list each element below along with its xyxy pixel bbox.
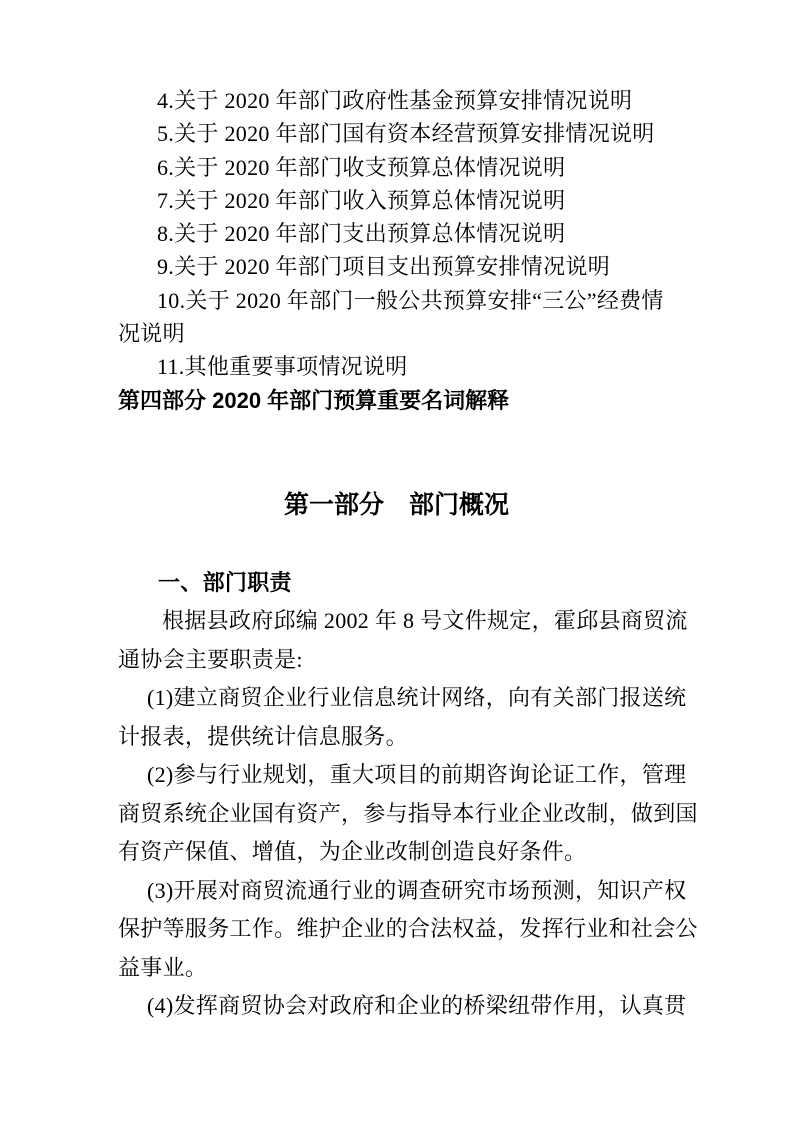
body-line: (3)开展对商贸流通行业的调查研究市场预测，知识产权 [118, 872, 693, 911]
body-line: 有资产保值、增值，为企业改制创造良好条件。 [118, 833, 693, 872]
body-line: (1)建立商贸企业行业信息统计网络，向有关部门报送统 [118, 679, 693, 718]
toc-item-5: 5.关于 2020 年部门国有资本经营预算安排情况说明 [118, 117, 693, 150]
toc-item-7: 7.关于 2020 年部门收入预算总体情况说明 [118, 184, 693, 217]
body-line: 根据县政府邱编 2002 年 8 号文件规定，霍邱县商贸流 [118, 602, 693, 641]
body-line: 保护等服务工作。维护企业的合法权益，发挥行业和社会公 [118, 910, 693, 949]
toc-item-4: 4.关于 2020 年部门政府性基金预算安排情况说明 [118, 84, 693, 117]
body-line: 计报表，提供统计信息服务。 [118, 718, 693, 757]
toc-item-9: 9.关于 2020 年部门项目支出预算安排情况说明 [118, 250, 693, 283]
toc-item-8: 8.关于 2020 年部门支出预算总体情况说明 [118, 217, 693, 250]
toc-item-10: 10.关于 2020 年部门一般公共预算安排“三公”经费情 [118, 284, 693, 317]
toc-part4-heading: 第四部分 2020 年部门预算重要名词解释 [118, 384, 693, 417]
toc-item-11: 11.其他重要事项情况说明 [118, 350, 693, 383]
document-page: 4.关于 2020 年部门政府性基金预算安排情况说明 5.关于 2020 年部门… [0, 0, 793, 1122]
section1-heading: 一、部门职责 [118, 564, 693, 603]
body-line: (4)发挥商贸协会对政府和企业的桥梁纽带作用，认真贯 [118, 987, 693, 1026]
toc-item-10-wrap: 况说明 [118, 317, 693, 350]
part1-heading: 第一部分 部门概况 [0, 484, 793, 526]
toc-block: 4.关于 2020 年部门政府性基金预算安排情况说明 5.关于 2020 年部门… [118, 84, 693, 417]
toc-item-6: 6.关于 2020 年部门收支预算总体情况说明 [118, 151, 693, 184]
body-line: 商贸系统企业国有资产，参与指导本行业企业改制，做到国 [118, 795, 693, 834]
body-line: (2)参与行业规划，重大项目的前期咨询论证工作，管理 [118, 756, 693, 795]
body-line: 通协会主要职责是: [118, 641, 693, 680]
part1-body: 一、部门职责 根据县政府邱编 2002 年 8 号文件规定，霍邱县商贸流 通协会… [118, 564, 693, 1026]
body-line: 益事业。 [118, 949, 693, 988]
